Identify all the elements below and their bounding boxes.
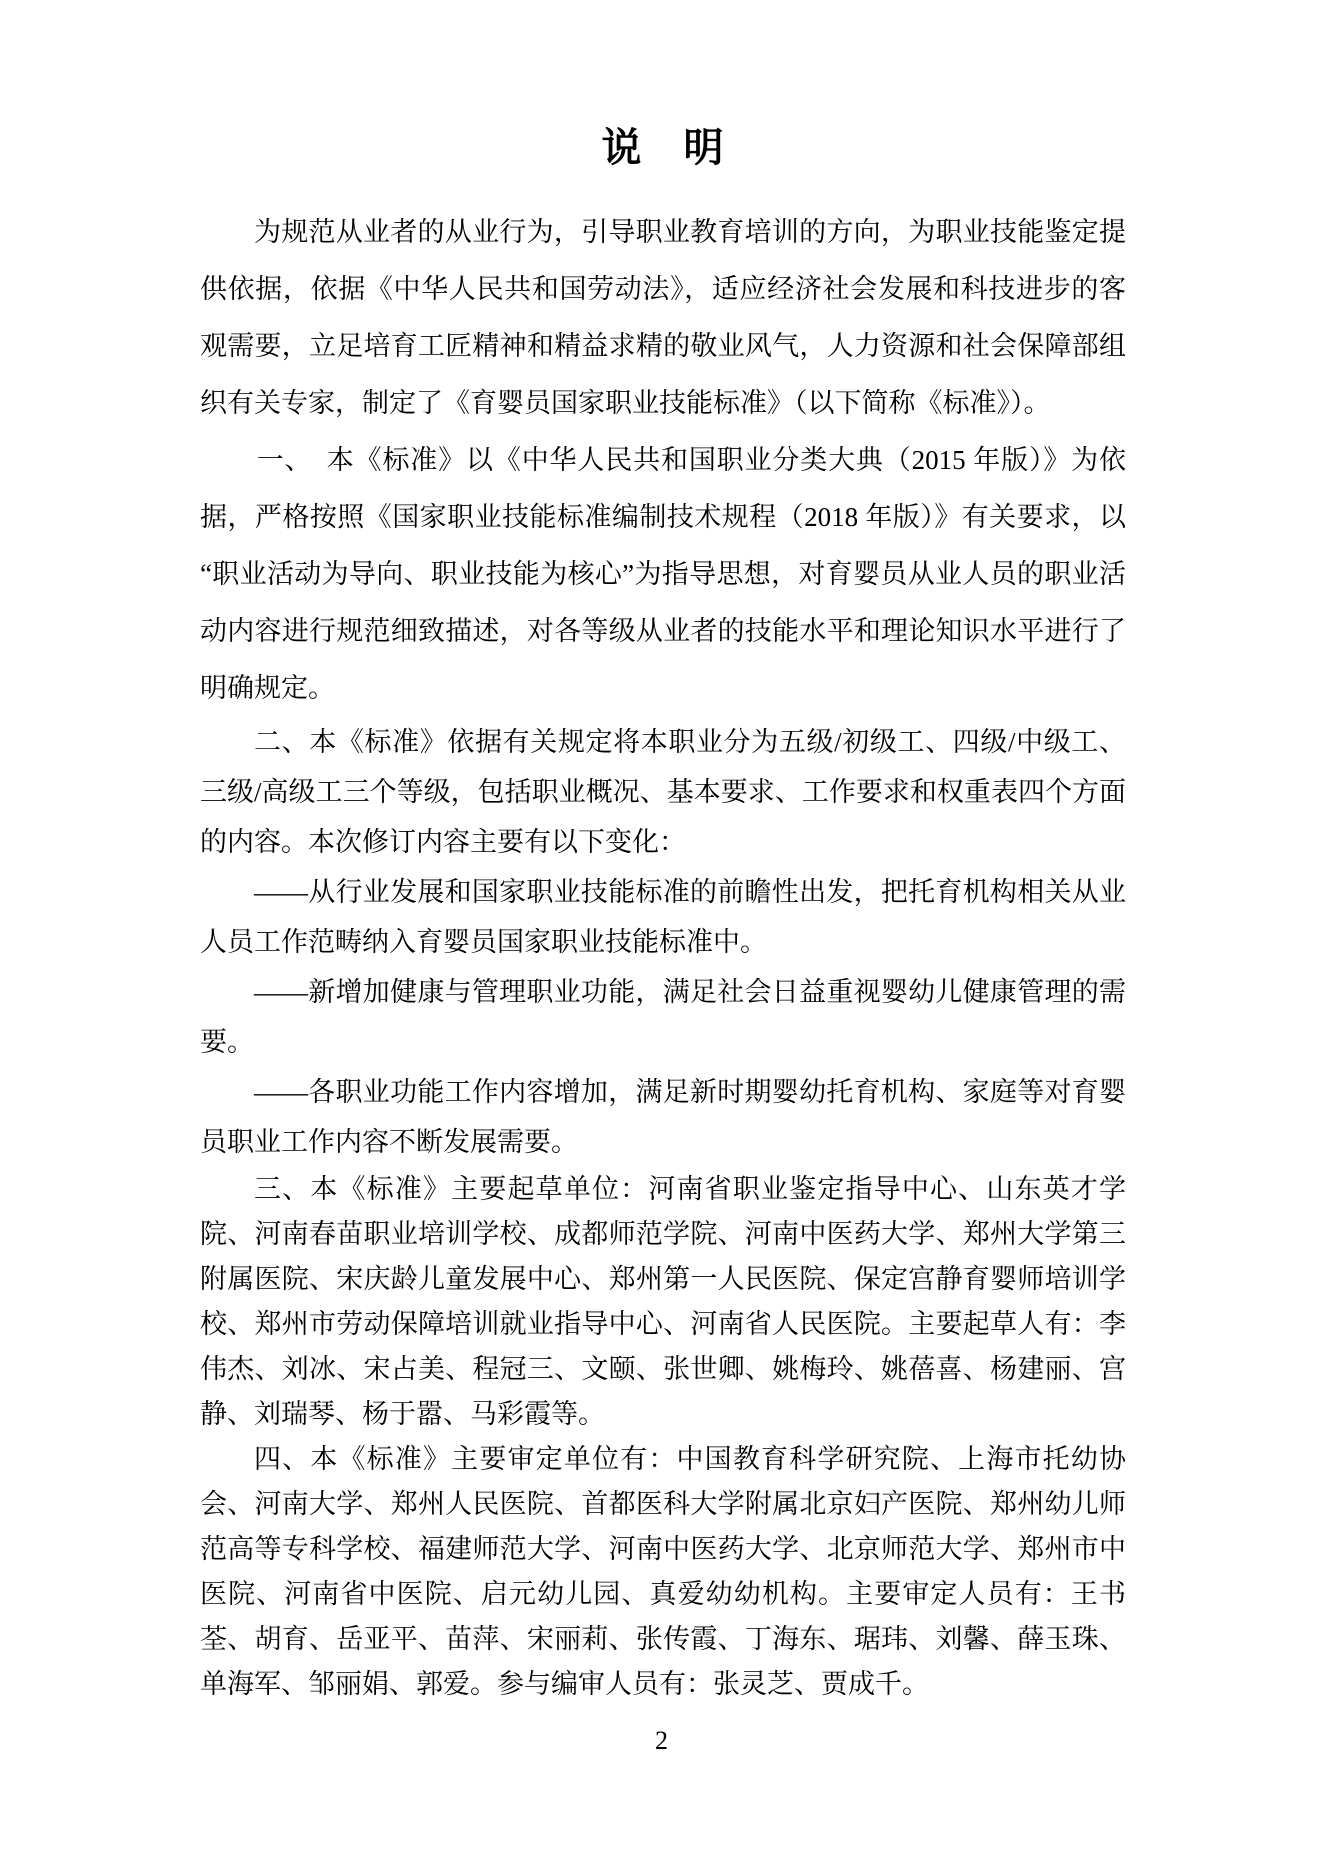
paragraph-change-3: ——各职业功能工作内容增加，满足新时期婴幼托育机构、家庭等对育婴员职业工作内容不… bbox=[200, 1067, 1126, 1167]
page-number: 2 bbox=[0, 1726, 1323, 1756]
document-content: 说 明 为规范从业者的从业行为，引导职业教育培训的方向，为职业技能鉴定提供依据，… bbox=[200, 116, 1126, 1707]
paragraph-item-1: 一、 本《标准》以《中华人民共和国职业分类大典（2015 年版）》为依据，严格按… bbox=[200, 432, 1126, 717]
paragraph-item-3: 三、本《标准》主要起草单位：河南省职业鉴定指导中心、山东英才学院、河南春苗职业培… bbox=[200, 1167, 1126, 1437]
paragraph-intro: 为规范从业者的从业行为，引导职业教育培训的方向，为职业技能鉴定提供依据，依据《中… bbox=[200, 204, 1126, 432]
paragraph-item-4: 四、本《标准》主要审定单位有：中国教育科学研究院、上海市托幼协会、河南大学、郑州… bbox=[200, 1437, 1126, 1707]
document-page: 说 明 为规范从业者的从业行为，引导职业教育培训的方向，为职业技能鉴定提供依据，… bbox=[0, 0, 1323, 1871]
paragraph-change-2: ——新增加健康与管理职业功能，满足社会日益重视婴幼儿健康管理的需要。 bbox=[200, 967, 1126, 1067]
paragraph-change-1: ——从行业发展和国家职业技能标准的前瞻性出发，把托育机构相关从业人员工作范畴纳入… bbox=[200, 867, 1126, 967]
paragraph-item-2: 二、本《标准》依据有关规定将本职业分为五级/初级工、四级/中级工、三级/高级工三… bbox=[200, 717, 1126, 867]
page-title: 说 明 bbox=[200, 116, 1126, 180]
